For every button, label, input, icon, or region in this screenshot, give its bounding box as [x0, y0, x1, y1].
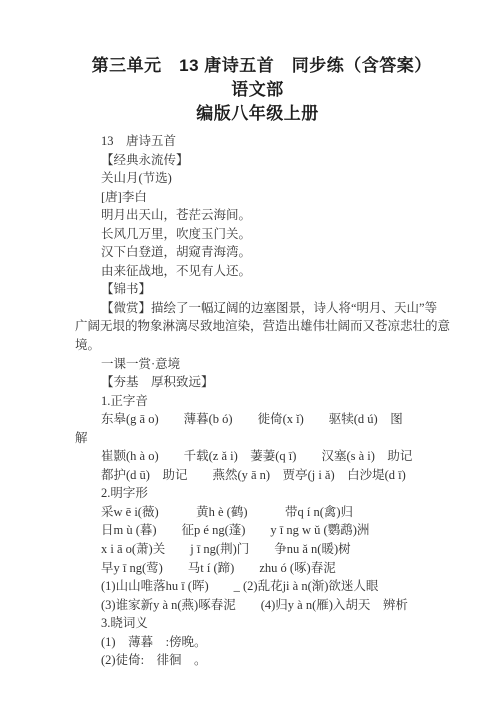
characters-line-1: 采w ē i(薇) 黄h è (鹤) 带q í n(禽)归 [75, 503, 440, 522]
poem-line-4: 由来征战地，不见有人还。 [75, 262, 440, 281]
pinyin-line-1-wrap: 解 [75, 429, 440, 448]
characters-line-3: x i ā o(萧)关 j ī ng(荆)门 争nu ǎ n(暖)树 [75, 540, 440, 559]
annotation-line-3: 境。 [75, 336, 440, 355]
poem-line-1: 明月出天山，苍茫云海间。 [75, 206, 440, 225]
section-foundation-heading: 【夯基 厚积致远】 [75, 373, 440, 392]
section-jinshu-heading: 【锦书】 [75, 280, 440, 299]
lesson-number-heading: 13 唐诗五首 [75, 132, 440, 151]
poem-line-2: 长风几万里，吹度玉门关。 [75, 225, 440, 244]
page-title: 第三单元 13 唐诗五首 同步练（含答案） 语文部 编版八年级上册 [75, 54, 440, 126]
exercise-1-heading: 1.正字音 [75, 392, 440, 411]
lesson-theme-line: 一课一赏·意境 [75, 355, 440, 374]
annotation-line-1: 【微赏】描绘了一幅辽阔的边塞图景，诗人将“明月、天山”等 [75, 299, 440, 318]
poem-title: 关山月(节选) [75, 169, 440, 188]
document-page: 第三单元 13 唐诗五首 同步练（含答案） 语文部 编版八年级上册 13 唐诗五… [0, 0, 500, 707]
characters-line-2: 日m ù (暮) 征p é ng(蓬) y ī ng w ǔ (鹦鹉)洲 [75, 521, 440, 540]
document-content: 第三单元 13 唐诗五首 同步练（含答案） 语文部 编版八年级上册 13 唐诗五… [0, 0, 500, 670]
characters-line-4: 早y ī ng(莺) 马t í (蹄) zhu ó (啄)春泥 [75, 559, 440, 578]
pinyin-line-1: 东皋(g ā o) 薄暮(b ó) 徙倚(x ǐ) 驱犊(d ú) 图 [75, 410, 440, 429]
page-title-line-1: 第三单元 13 唐诗五首 同步练（含答案） 语文部 [75, 54, 440, 102]
poem-line-3: 汉下白登道，胡窥青海湾。 [75, 243, 440, 262]
pinyin-line-2: 崔颢(h à o) 千载(z ǎ i) 萋萋(q ī) 汉塞(s à i) 助记 [75, 447, 440, 466]
pinyin-line-3: 都护(d ū) 助记 燕然(y ā n) 贾亭(j i ǎ) 白沙堤(d ī) [75, 466, 440, 485]
page-title-line-2: 编版八年级上册 [75, 102, 440, 126]
poem-author: [唐]李白 [75, 188, 440, 207]
section-classic-heading: 【经典永流传】 [75, 151, 440, 170]
fill-blank-line-2: (3)谁家新y à n(燕)啄春泥 (4)归y à n(雁)入胡天 辨析 [75, 596, 440, 615]
document-body: 13 唐诗五首 【经典永流传】 关山月(节选) [唐]李白 明月出天山，苍茫云海… [75, 132, 440, 670]
annotation-line-2: 广阔无垠的物象淋漓尽致地渲染，营造出雄伟壮阔而又苍凉悲壮的意 [75, 317, 440, 336]
exercise-2-heading: 2.明字形 [75, 484, 440, 503]
definition-line-2: (2)徒倚: 徘徊 。 [75, 651, 440, 670]
definition-line-1: (1) 薄暮 :傍晚。 [75, 633, 440, 652]
fill-blank-line-1: (1)山山唯落hu ī (晖) _ (2)乱花ji à n(渐)欲迷人眼 [75, 577, 440, 596]
exercise-3-heading: 3.晓词义 [75, 614, 440, 633]
